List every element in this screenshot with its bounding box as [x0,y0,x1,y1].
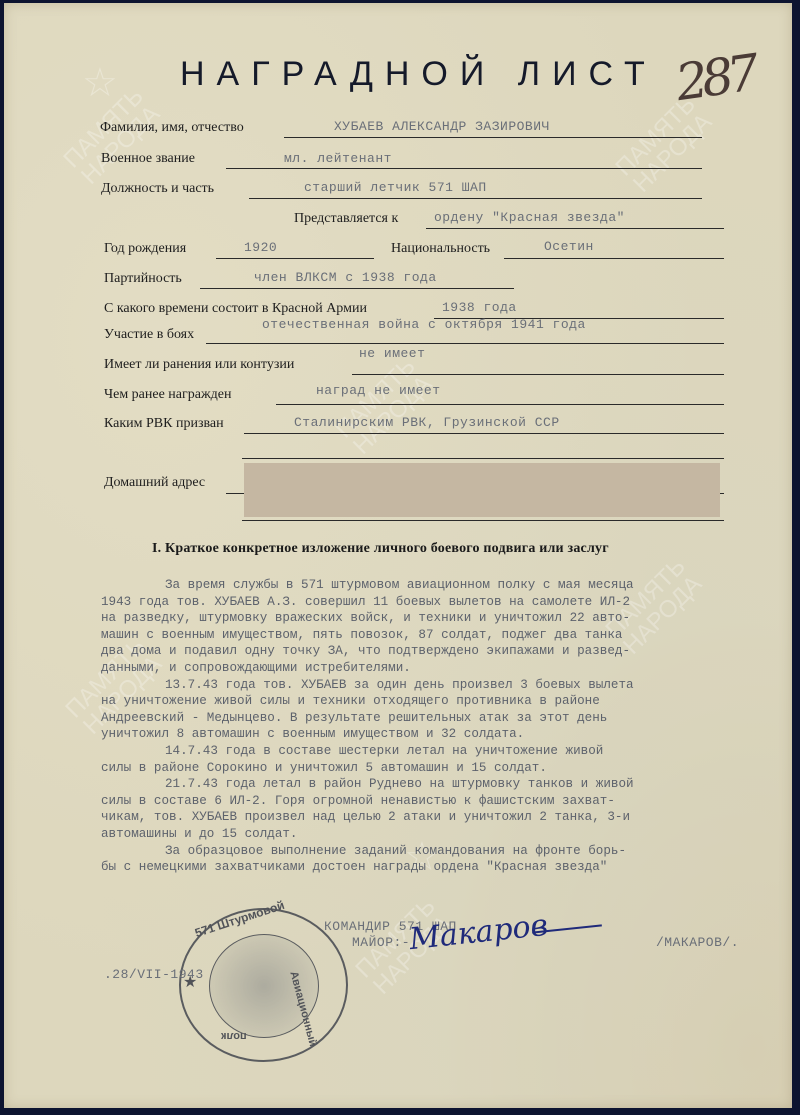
citation-line: силы в районе Сорокино и уничтожил 5 авт… [101,760,800,777]
field-line [242,458,724,459]
section-heading: I. Краткое конкретное изложение личного … [152,541,609,557]
watermark: ПАМЯТЬНАРОДА [60,84,165,189]
watermark-star-icon: ☆ [82,59,118,106]
field-label-previous-awards: Чем ранее награжден [104,387,231,403]
field-value-birth-year: 1920 [244,240,277,255]
field-line [504,258,724,259]
field-line [426,228,724,229]
field-label-full-name: Фамилия, имя, отчество [100,120,244,136]
citation-line: 21.7.43 года летал в район Руднево на шт… [101,776,800,793]
citation-line: 13.7.43 года тов. ХУБАЕВ за один день пр… [101,677,800,694]
field-line [276,404,724,405]
field-line [242,520,724,521]
citation-line: 1943 года тов. ХУБАЕВ А.З. совершил 11 б… [101,594,800,611]
field-label-nominated-for: Представляется к [294,211,398,227]
field-label-birth-year: Год рождения [104,241,186,257]
stamp-text-bottom: полк [221,1030,247,1042]
regiment-stamp: 571 Штурмовой Авиационный полк ★ [179,908,348,1062]
citation-line: За образцовое выполнение заданий командо… [101,843,800,860]
field-line [249,198,702,199]
field-value-drafted-by: Сталинирским РВК, Грузинской ССР [294,415,560,430]
citation-line: на уничтожение живой силы и техники отхо… [101,693,800,710]
citation-line: данными, и сопровождающими истребителями… [101,660,800,677]
citation-line: автомашины и до 15 солдат. [101,826,800,843]
field-value-nominated-for: ордену "Красная звезда" [434,210,625,225]
citation-line: бы с немецкими захватчиками достоен нагр… [101,859,800,876]
citation-line: чикам, тов. ХУБАЕВ произвел над целью 2 … [101,809,800,826]
citation-line: Андреевский - Медынцево. В результате ре… [101,710,800,727]
field-line [284,137,702,138]
citation-line: машин с военным имуществом, пять повозок… [101,627,800,644]
field-value-previous-awards: наград не имеет [316,383,441,398]
field-label-wounds: Имеет ли ранения или контузии [104,357,294,373]
handwritten-signature: Макаров [408,908,550,957]
field-label-nationality: Национальность [391,241,490,257]
document-date: .28/VII-1943 [104,967,204,982]
citation-line: За время службы в 571 штурмовом авиацион… [101,577,800,594]
citation-text: За время службы в 571 штурмовом авиацион… [101,577,800,876]
award-document-page: ☆ ПАМЯТЬНАРОДА ПАМЯТЬНАРОДА ПАМЯТЬНАРОДА… [4,3,792,1108]
field-label-rank: Военное звание [101,151,195,167]
watermark: ПАМЯТЬНАРОДА [332,354,437,459]
redacted-address [244,463,720,517]
field-label-party: Партийность [104,271,182,287]
field-label-drafted-by: Каким РВК призван [104,416,224,432]
field-line [244,433,724,434]
citation-line: два дома и подавил одну точку ЗА, что по… [101,643,800,660]
field-label-home-address: Домашний адрес [104,475,205,491]
field-line [226,168,702,169]
signer-name: /МАКАРОВ/. [656,935,739,950]
field-line [200,288,514,289]
field-label-battles: Участие в боях [104,327,194,343]
field-value-battles: отечественная война с октября 1941 года [262,317,586,332]
field-value-position: старший летчик 571 ШАП [304,180,487,195]
field-line [216,258,374,259]
field-line [206,343,724,344]
citation-line: силы в составе 6 ИЛ-2. Горя огромной нен… [101,793,800,810]
handwritten-number: 287 [672,44,757,112]
citation-line: уничтожил 8 автомашин с военным имуществ… [101,726,800,743]
field-value-army-since: 1938 года [442,300,517,315]
field-value-nationality: Осетин [544,239,594,254]
field-value-party: член ВЛКСМ с 1938 года [254,270,437,285]
field-value-full-name: ХУБАЕВ АЛЕКСАНДР ЗАЗИРОВИЧ [334,119,550,134]
field-label-army-since: С какого времени состоит в Красной Армии [104,301,367,317]
field-line [352,374,724,375]
field-value-rank: мл. лейтенант [284,151,392,166]
citation-line: на разведку, штурмовку вражеских войск, … [101,610,800,627]
field-label-position: Должность и часть [101,181,214,197]
citation-line: 14.7.43 года в составе шестерки летал на… [101,743,800,760]
document-title: НАГРАДНОЙ ЛИСТ [180,55,657,94]
field-value-wounds: не имеет [359,346,425,361]
signer-rank: МАЙОР:- [352,935,410,950]
